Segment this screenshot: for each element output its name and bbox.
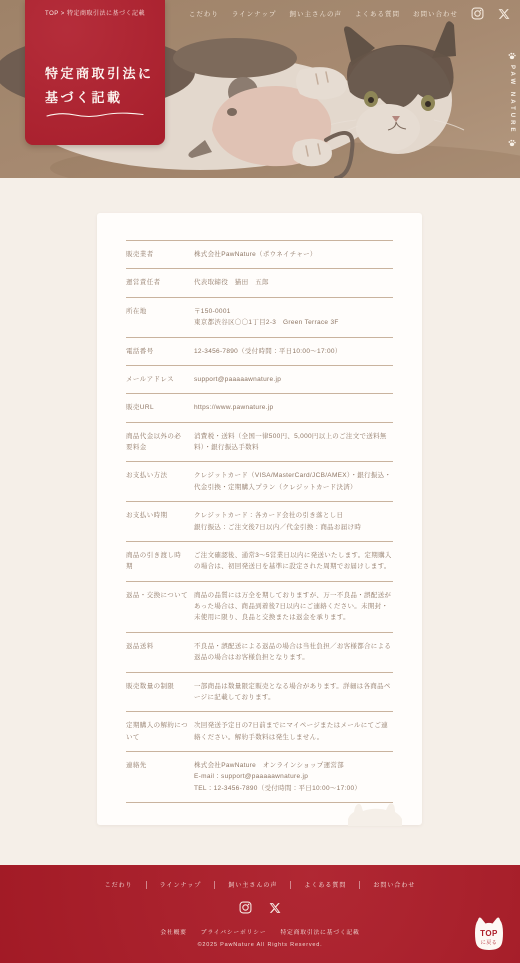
row-value: 〒150-0001 東京都渋谷区〇〇1丁目2-3 Green Terrace 3…: [194, 306, 393, 329]
x-icon[interactable]: [268, 901, 281, 914]
info-card: 販売業者 株式会社PawNature（ポウネイチャー） 運営責任者 代表取締役 …: [97, 213, 422, 825]
page-title-line1: 特定商取引法に: [45, 66, 154, 81]
footer-link-voices[interactable]: 飼い主さんの声: [215, 880, 290, 889]
table-row-delivery-time: 商品の引き渡し時期 ご注文確認後、通常3〜5営業日以内に発送いたします。定期購入…: [126, 541, 393, 581]
row-value: 代表取締役 猫田 五郎: [194, 277, 393, 288]
row-label: 販売数量の制限: [126, 681, 194, 704]
row-value: ご注文確認後、通常3〜5営業日以内に発送いたします。定期購入の場合は、初回発送日…: [194, 550, 393, 573]
row-label: 定期購入の解約について: [126, 720, 194, 743]
nav-link-kodawari[interactable]: こだわり: [189, 9, 219, 18]
transactions-table: 販売業者 株式会社PawNature（ポウネイチャー） 運営責任者 代表取締役 …: [126, 240, 393, 803]
wavy-underline: [45, 110, 145, 120]
x-icon[interactable]: [497, 7, 510, 20]
nav-link-voices[interactable]: 飼い主さんの声: [290, 9, 343, 18]
table-row-seller: 販売業者 株式会社PawNature（ポウネイチャー）: [126, 240, 393, 268]
row-label: お支払い方法: [126, 470, 194, 493]
footer-link-tokushoho[interactable]: 特定商取引法に基づく記載: [280, 927, 359, 936]
back-to-top-label: TOP: [468, 929, 510, 938]
row-label: 販売業者: [126, 249, 194, 260]
footer-legal-links: 会社概要 プライバシーポリシー 特定商取引法に基づく記載: [0, 927, 520, 936]
table-row-return-shipping: 返品送料 不良品・誤配送による返品の場合は当社負担／お客様都合による返品の場合は…: [126, 632, 393, 672]
row-label: お支払い時期: [126, 510, 194, 533]
nav-link-contact[interactable]: お問い合わせ: [413, 9, 458, 18]
table-row-address: 所在地 〒150-0001 東京都渋谷区〇〇1丁目2-3 Green Terra…: [126, 297, 393, 337]
row-value: https://www.pawnature.jp: [194, 402, 393, 413]
row-value: 株式会社PawNature オンラインショップ運営部 E-mail：suppor…: [194, 760, 393, 794]
table-row-manager: 運営責任者 代表取締役 猫田 五郎: [126, 268, 393, 296]
table-row-email: メールアドレス support@paaaaawnature.jp: [126, 365, 393, 393]
hero-section: こだわり ラインナップ 飼い主さんの声 よくある質問 お問い合わせ TOP > …: [0, 0, 520, 178]
table-row-extra-fees: 商品代金以外の必要料金 消費税・送料（全国一律500円、5,000円以上のご注文…: [126, 422, 393, 462]
row-label: 商品代金以外の必要料金: [126, 431, 194, 454]
row-value: support@paaaaawnature.jp: [194, 374, 393, 385]
breadcrumb[interactable]: TOP > 特定商取引法に基づく記載: [25, 0, 165, 17]
row-value: 不良品・誤配送による返品の場合は当社負担／お客様都合による返品の場合はお客様負担…: [194, 641, 393, 664]
row-label: 返品送料: [126, 641, 194, 664]
row-value: 消費税・送料（全国一律500円、5,000円以上のご注文で送料無料）・銀行振込手…: [194, 431, 393, 454]
instagram-icon[interactable]: [471, 7, 484, 20]
footer-nav: こだわり ラインナップ 飼い主さんの声 よくある質問 お問い合わせ: [0, 880, 520, 889]
nav-link-faq[interactable]: よくある質問: [355, 9, 400, 18]
row-value: クレジットカード（VISA/MasterCard/JCB/AMEX）・銀行振込・…: [194, 470, 393, 493]
hero-title-panel: TOP > 特定商取引法に基づく記載 特定商取引法に 基づく記載: [25, 0, 165, 145]
row-value: 12-3456-7890（受付時間：平日10:00〜17:00）: [194, 346, 393, 357]
footer-link-lineup[interactable]: ラインナップ: [147, 880, 215, 889]
row-value: 一部商品は数量限定販売となる場合があります。詳細は各商品ページに記載しております…: [194, 681, 393, 704]
row-label: 連絡先: [126, 760, 194, 794]
row-label: メールアドレス: [126, 374, 194, 385]
table-row-payment-timing: お支払い時期 クレジットカード：各カード会社の引き落とし日 銀行振込：ご注文後7…: [126, 501, 393, 541]
table-row-url: 販売URL https://www.pawnature.jp: [126, 393, 393, 421]
table-row-returns: 返品・交換について 商品の品質には万全を期しておりますが、万一不良品・誤配送があ…: [126, 581, 393, 632]
footer-link-company[interactable]: 会社概要: [160, 927, 186, 936]
row-label: 運営責任者: [126, 277, 194, 288]
table-row-payment-methods: お支払い方法 クレジットカード（VISA/MasterCard/JCB/AMEX…: [126, 461, 393, 501]
page: こだわり ラインナップ 飼い主さんの声 よくある質問 お問い合わせ TOP > …: [0, 0, 520, 963]
page-title: 特定商取引法に 基づく記載: [45, 62, 154, 110]
table-row-phone: 電話番号 12-3456-7890（受付時間：平日10:00〜17:00）: [126, 337, 393, 365]
main-content: 販売業者 株式会社PawNature（ポウネイチャー） 運営責任者 代表取締役 …: [0, 178, 520, 865]
paw-icon: [508, 139, 516, 147]
footer-link-kodawari[interactable]: こだわり: [92, 880, 146, 889]
instagram-icon[interactable]: [239, 901, 252, 914]
row-value: クレジットカード：各カード会社の引き落とし日 銀行振込：ご注文後7日以内／代金引…: [194, 510, 393, 533]
footer: こだわり ラインナップ 飼い主さんの声 よくある質問 お問い合わせ 会社概要 プ…: [0, 865, 520, 963]
table-row-quantity-limit: 販売数量の制限 一部商品は数量限定販売となる場合があります。詳細は各商品ページに…: [126, 672, 393, 712]
side-brand-text: PAW NATURE: [509, 65, 515, 134]
row-label: 商品の引き渡し時期: [126, 550, 194, 573]
row-label: 所在地: [126, 306, 194, 329]
back-to-top-sublabel: に戻る: [468, 939, 510, 946]
cat-ears-cutout: [348, 803, 404, 826]
row-value: 次回発送予定日の7日前までにマイページまたはメールにてご連絡ください。解約手数料…: [194, 720, 393, 743]
page-title-line2: 基づく記載: [45, 90, 123, 105]
table-row-contact: 連絡先 株式会社PawNature オンラインショップ運営部 E-mail：su…: [126, 751, 393, 803]
header-nav: こだわり ラインナップ 飼い主さんの声 よくある質問 お問い合わせ: [189, 7, 510, 20]
row-value: 株式会社PawNature（ポウネイチャー）: [194, 249, 393, 260]
row-value: 商品の品質には万全を期しておりますが、万一不良品・誤配送があった場合は、商品到着…: [194, 590, 393, 624]
row-label: 販売URL: [126, 402, 194, 413]
table-row-subscription-cancel: 定期購入の解約について 次回発送予定日の7日前までにマイページまたはメールにてご…: [126, 711, 393, 751]
row-label: 返品・交換について: [126, 590, 194, 624]
nav-link-lineup[interactable]: ラインナップ: [232, 9, 277, 18]
row-label: 電話番号: [126, 346, 194, 357]
footer-link-contact[interactable]: お問い合わせ: [360, 880, 428, 889]
footer-social: [0, 901, 520, 914]
paw-icon: [508, 52, 516, 60]
footer-link-privacy[interactable]: プライバシーポリシー: [201, 927, 267, 936]
footer-link-faq[interactable]: よくある質問: [291, 880, 359, 889]
copyright: ©2025 PawNature All Rights Reserved.: [0, 942, 520, 948]
back-to-top-button[interactable]: TOP に戻る: [468, 913, 510, 955]
side-brand-label: PAW NATURE: [508, 52, 516, 147]
